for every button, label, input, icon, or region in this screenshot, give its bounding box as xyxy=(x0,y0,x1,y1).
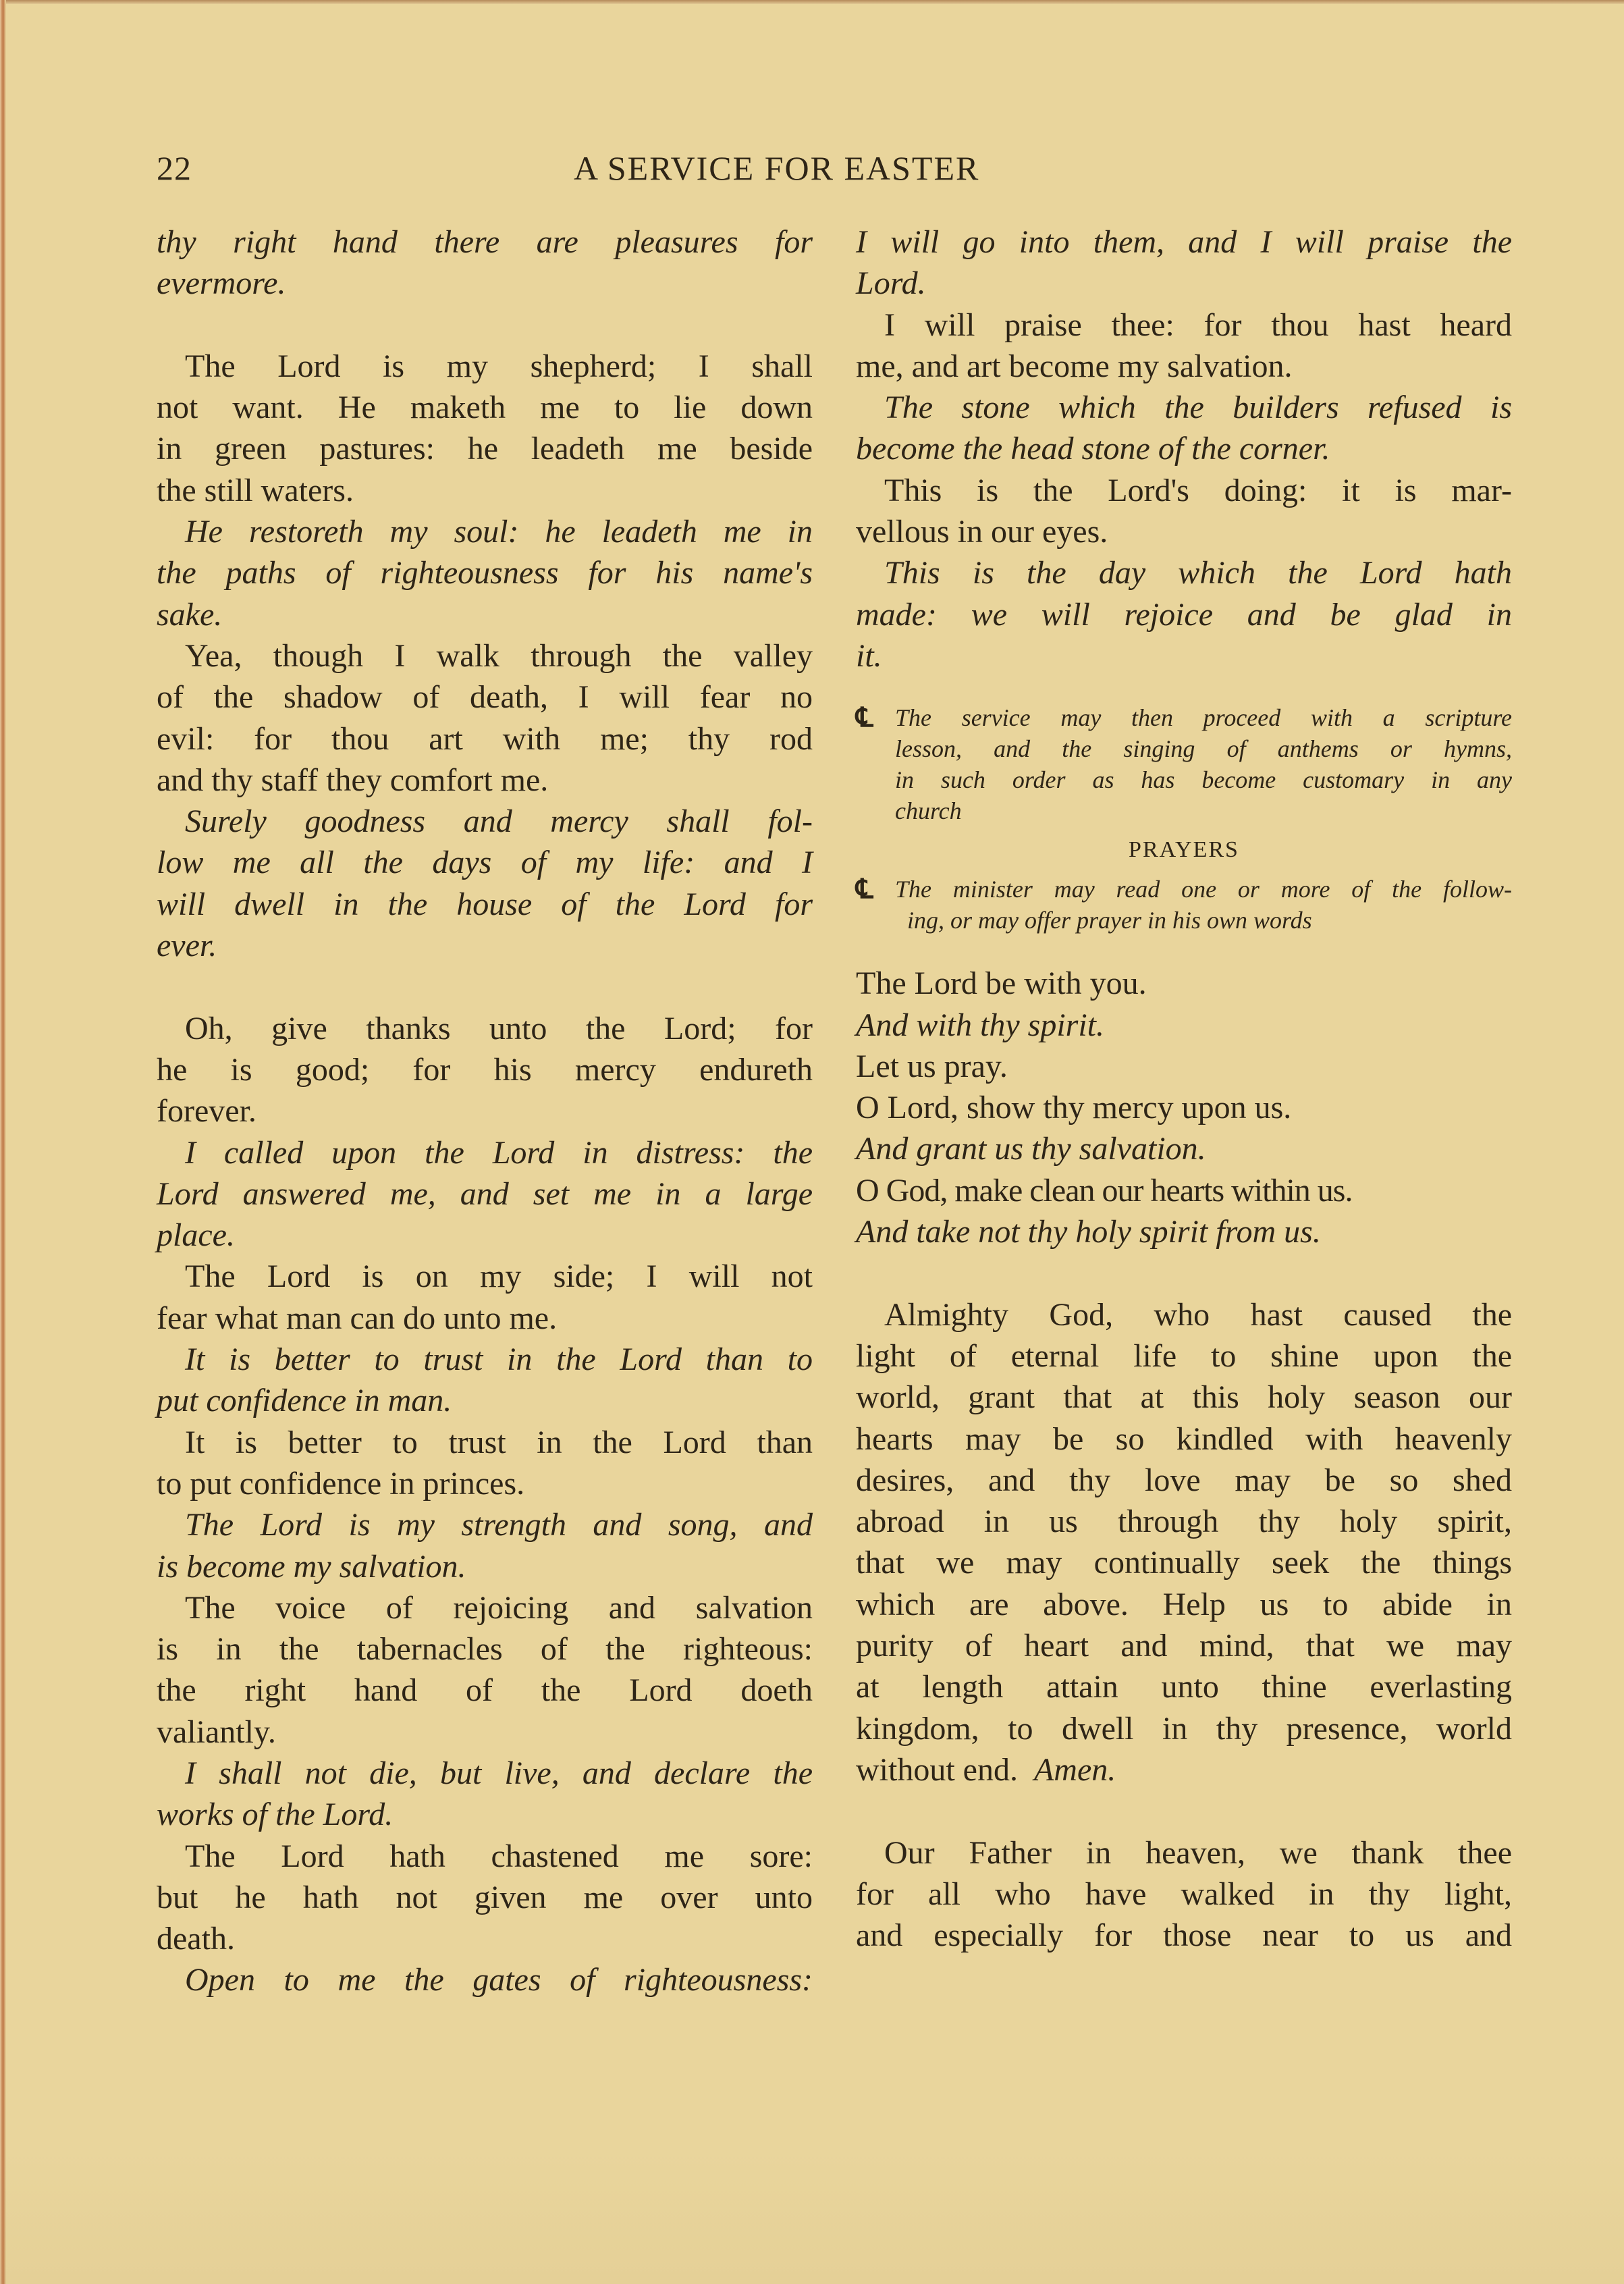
verse: This is the Lord's doing: it is mar- vel… xyxy=(856,470,1512,553)
text-line: he is good; for his mercy endureth xyxy=(157,1049,813,1090)
page-binding-edge xyxy=(0,0,6,2284)
text-line: Almighty God, who hast caused the xyxy=(856,1294,1512,1335)
text-line: I shall not die, but live, and declare t… xyxy=(157,1753,813,1794)
right-column: I will go into them, and I will praise t… xyxy=(856,221,1512,1956)
text-line: Yea, though I walk through the valley xyxy=(157,635,813,676)
text-line: The Lord is my shepherd; I shall xyxy=(157,346,813,387)
text-line: that we may continually seek the things xyxy=(856,1542,1512,1583)
text-line: The voice of rejoicing and salvation xyxy=(157,1587,813,1628)
text-line: Oh, give thanks unto the Lord; for xyxy=(157,1008,813,1049)
text-line: which are above. Help us to abide in xyxy=(856,1584,1512,1625)
text-line: evermore. xyxy=(157,263,813,304)
verse: The stone which the builders refused is … xyxy=(856,387,1512,470)
psalm23: The Lord is my shepherd; I shall not wan… xyxy=(157,346,813,966)
text-line: fear what man can do unto me. xyxy=(157,1298,813,1339)
text-line: sake. xyxy=(157,594,813,635)
text-line: the paths of righteousness for his name'… xyxy=(157,552,813,593)
verse: I shall not die, but live, and declare t… xyxy=(157,1753,813,1836)
text-line: I called upon the Lord in distress: the xyxy=(157,1132,813,1173)
text-line: Lord answered me, and set me in a large xyxy=(157,1173,813,1215)
text-line: It is better to trust in the Lord than xyxy=(157,1422,813,1463)
text-line: purity of heart and mind, that we may xyxy=(856,1625,1512,1666)
verse: The Lord hath chastened me sore: but he … xyxy=(157,1836,813,1960)
running-header: 22 A SERVICE FOR EASTER xyxy=(157,149,1513,196)
text-line: It is better to trust in the Lord than t… xyxy=(157,1339,813,1380)
verse: I called upon the Lord in distress: the … xyxy=(157,1132,813,1256)
verse: This is the day which the Lord hath made… xyxy=(856,552,1512,676)
text-line: thy right hand there are pleasures for xyxy=(157,221,813,263)
versicle: O God, make clean our hearts within us. xyxy=(856,1170,1512,1211)
text-line: low me all the days of my life: and I xyxy=(157,842,813,883)
text-line: to put confidence in princes. xyxy=(157,1463,813,1504)
text-line: abroad in us through thy holy spirit, xyxy=(856,1501,1512,1542)
response: And take not thy holy spirit from us. xyxy=(856,1211,1512,1252)
text-line: ing, or may offer prayer in his own word… xyxy=(895,905,1512,936)
page-shadow xyxy=(0,2149,1624,2284)
verse: Oh, give thanks unto the Lord; for he is… xyxy=(157,1008,813,1132)
verse: Yea, though I walk through the valley of… xyxy=(157,635,813,801)
versicle: The Lord be with you. xyxy=(856,963,1512,1004)
psalm16-ending: thy right hand there are pleasures for e… xyxy=(157,221,813,304)
text-line: and thy staff they comfort me. xyxy=(157,760,813,801)
text-line: become the head stone of the corner. xyxy=(856,428,1512,469)
text-line: Lord. xyxy=(856,263,1512,304)
text-line: lesson, and the singing of anthems or hy… xyxy=(895,733,1512,764)
text-line: the right hand of the Lord doeth xyxy=(157,1670,813,1711)
text-line: place. xyxy=(157,1215,813,1256)
versicles: The Lord be with you. And with thy spiri… xyxy=(856,963,1512,1252)
text-line: at length attain unto thine everlasting xyxy=(856,1666,1512,1707)
text-line: it. xyxy=(856,635,1512,676)
collect-easter: Almighty God, who hast caused the light … xyxy=(856,1294,1512,1791)
pilcrow-mark-icon: ℄ xyxy=(856,874,873,905)
text-line: The Lord hath chastened me sore: xyxy=(157,1836,813,1877)
left-column: thy right hand there are pleasures for e… xyxy=(157,221,813,2001)
text-line: The minister may read one or more of the… xyxy=(895,874,1512,905)
text-line: valiantly. xyxy=(157,1711,813,1753)
text-line: me, and art become my salvation. xyxy=(856,346,1512,387)
text-line: church xyxy=(895,795,1512,826)
verse: The Lord is my shepherd; I shall not wan… xyxy=(157,346,813,511)
verse: It is better to trust in the Lord than t… xyxy=(157,1339,813,1422)
text-line: I will go into them, and I will praise t… xyxy=(856,221,1512,263)
rubric-minister: ℄ The minister may read one or more of t… xyxy=(856,874,1512,936)
psalm118: Oh, give thanks unto the Lord; for he is… xyxy=(157,1008,813,2001)
text-line: of the shadow of death, I will fear no xyxy=(157,676,813,718)
verse: Surely goodness and mercy shall fol- low… xyxy=(157,801,813,966)
text-line: The Lord is my strength and song, and xyxy=(157,1504,813,1545)
response: And grant us thy salvation. xyxy=(856,1128,1512,1169)
text-line: put confidence in man. xyxy=(157,1380,813,1421)
verse: Open to me the gates of righteousness: xyxy=(157,1959,813,2000)
pilcrow-mark-icon: ℄ xyxy=(856,702,873,733)
text-line: The service may then proceed with a scri… xyxy=(895,702,1512,733)
verse: I will go into them, and I will praise t… xyxy=(856,221,1512,304)
text-line: will dwell in the house of the Lord for xyxy=(157,884,813,925)
text-line: I will praise thee: for thou hast heard xyxy=(856,304,1512,346)
running-title: A SERVICE FOR EASTER xyxy=(574,149,979,188)
text-line: without end. Amen. xyxy=(856,1749,1512,1790)
text-line: hearts may be so kindled with heavenly xyxy=(856,1418,1512,1460)
collect-ending: without end. xyxy=(856,1752,1018,1788)
verse: The Lord is on my side; I will not fear … xyxy=(157,1256,813,1339)
text-line: for all who have walked in thy light, xyxy=(856,1874,1512,1915)
text-line: kingdom, to dwell in thy presence, world xyxy=(856,1708,1512,1749)
text-line: ever. xyxy=(157,925,813,966)
text-line: The stone which the builders refused is xyxy=(856,387,1512,428)
versicle: Let us pray. xyxy=(856,1046,1512,1087)
verse: I will praise thee: for thou hast heard … xyxy=(856,304,1512,388)
text-line: Surely goodness and mercy shall fol- xyxy=(157,801,813,842)
text-line: desires, and thy love may be so shed xyxy=(856,1460,1512,1501)
text-line: This is the Lord's doing: it is mar- xyxy=(856,470,1512,511)
text-line: is in the tabernacles of the righteous: xyxy=(157,1628,813,1670)
text-line: Our Father in heaven, we thank thee xyxy=(856,1832,1512,1874)
text-line: and especially for those near to us and xyxy=(856,1915,1512,1956)
verse: It is better to trust in the Lord than t… xyxy=(157,1422,813,1505)
text-line: forever. xyxy=(157,1090,813,1132)
text-line: He restoreth my soul: he leadeth me in xyxy=(157,511,813,552)
verse: The voice of rejoicing and salvation is … xyxy=(157,1587,813,1753)
verse: The Lord is my strength and song, and is… xyxy=(157,1504,813,1587)
text-line: world, grant that at this holy season ou… xyxy=(856,1377,1512,1418)
versicle: O Lord, show thy mercy upon us. xyxy=(856,1087,1512,1128)
text-line: is become my salvation. xyxy=(157,1546,813,1587)
text-line: The Lord is on my side; I will not xyxy=(157,1256,813,1297)
response: And with thy spirit. xyxy=(856,1005,1512,1046)
text-line: evil: for thou art with me; thy rod xyxy=(157,718,813,760)
text-line: not want. He maketh me to lie down xyxy=(157,387,813,428)
page-number: 22 xyxy=(157,149,192,188)
collect-thanksgiving: Our Father in heaven, we thank thee for … xyxy=(856,1832,1512,1957)
section-heading-prayers: PRAYERS xyxy=(856,826,1512,874)
text-line: made: we will rejoice and be glad in xyxy=(856,594,1512,635)
amen: Amen. xyxy=(1034,1752,1116,1788)
text-line: the still waters. xyxy=(157,470,813,511)
text-line: vellous in our eyes. xyxy=(856,511,1512,552)
psalm118-continued: I will go into them, and I will praise t… xyxy=(856,221,1512,676)
text-line: in such order as has become customary in… xyxy=(895,764,1512,795)
text-line: but he hath not given me over unto xyxy=(157,1877,813,1918)
page-top-edge xyxy=(0,0,1624,4)
verse: He restoreth my soul: he leadeth me in t… xyxy=(157,511,813,635)
text-line: death. xyxy=(157,1918,813,1959)
text-line: Open to me the gates of righteousness: xyxy=(157,1959,813,2000)
text-line: light of eternal life to shine upon the xyxy=(856,1335,1512,1377)
text-line: works of the Lord. xyxy=(157,1794,813,1835)
text-line: in green pastures: he leadeth me beside xyxy=(157,428,813,469)
text-line: This is the day which the Lord hath xyxy=(856,552,1512,593)
rubric-scripture-lesson: ℄ The service may then proceed with a sc… xyxy=(856,702,1512,826)
